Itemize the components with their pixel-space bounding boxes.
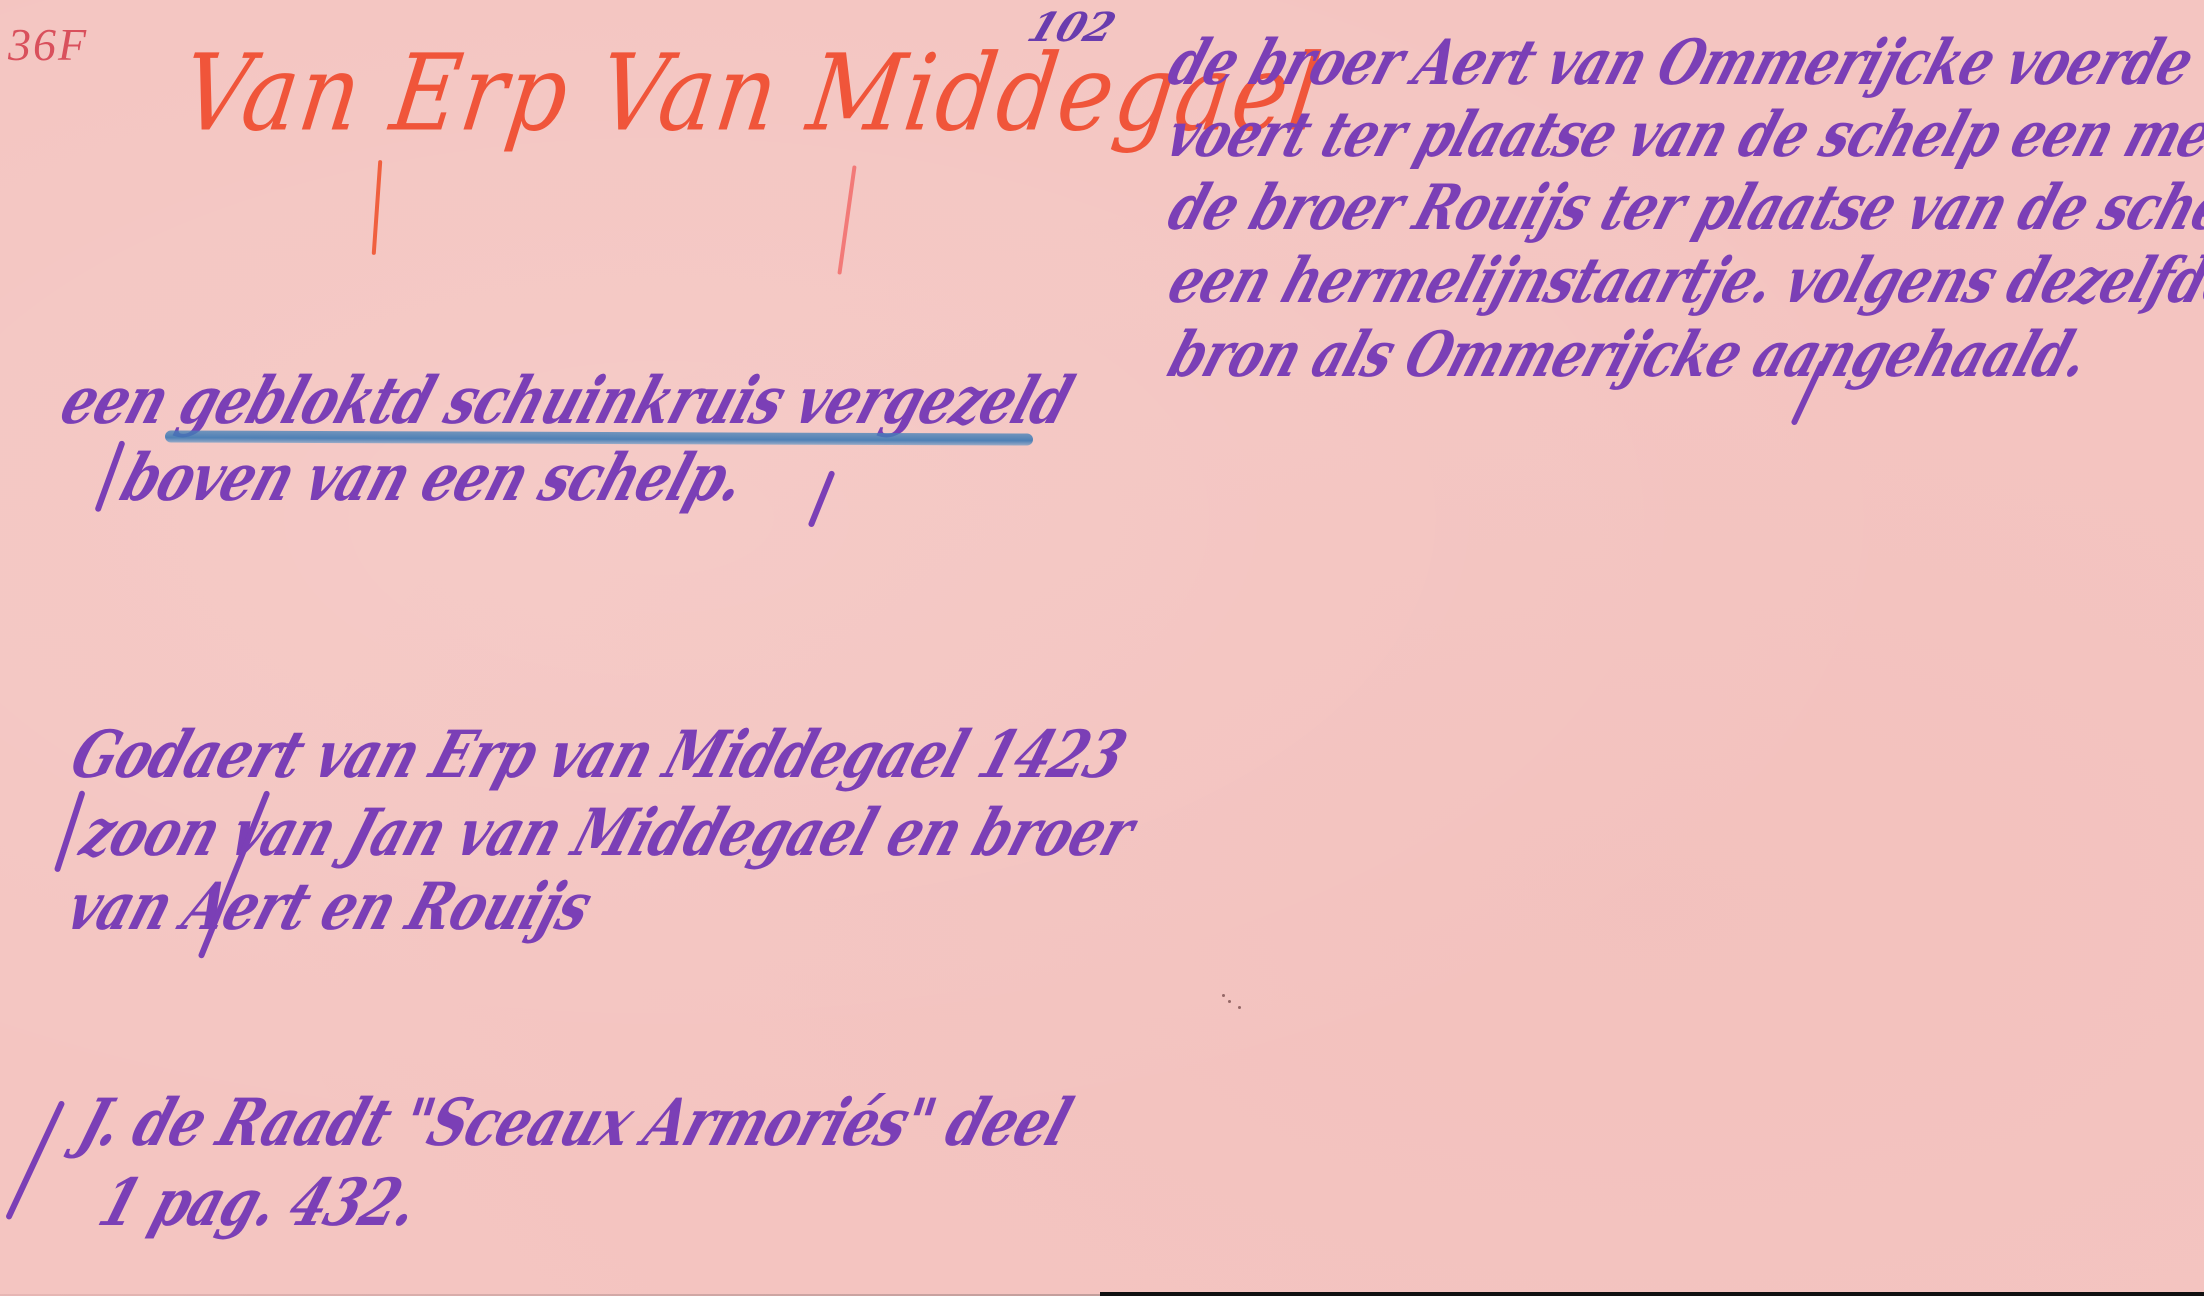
genealogy-line-2: zoon van Jan van Middegael en broer xyxy=(72,795,1142,871)
note-line-4: een hermelijnstaartje. volgens dezelfde xyxy=(1160,243,2204,317)
scan-edge-right xyxy=(1100,1292,2204,1296)
title-descender-stroke xyxy=(372,160,383,255)
note-line-3: de broer Rouijs ter plaatse van de schel… xyxy=(1160,170,2204,244)
blazon-bracket-stroke xyxy=(808,470,836,528)
source-line-2: 1 pag. 432. xyxy=(90,1165,427,1241)
dust-speck xyxy=(1238,1006,1241,1009)
index-card: 36F Van Erp Van Middegael 102 een geblok… xyxy=(0,0,2204,1296)
card-title: Van Erp Van Middegael xyxy=(175,32,1330,155)
note-line-1: de broer Aert van Ommerijcke voerde xyxy=(1160,25,2202,99)
genealogy-line-3: van Aert en Rouijs xyxy=(58,869,600,945)
title-descender-stroke xyxy=(837,165,856,274)
blazon-line-2: boven van een schelp. xyxy=(112,440,754,516)
note-line-5: bron als Ommerijcke aangehaald. xyxy=(1160,317,2098,391)
source-line-1: J. de Raadt "Sceaux Armoriés" deel xyxy=(70,1085,1080,1161)
blazon-line-1: een gebloktd schuinkruis vergezeld xyxy=(52,363,1081,439)
note-line-2: voert ter plaatse van de schelp een merl… xyxy=(1158,97,2204,171)
genealogy-line-1: Godaert van Erp van Middegael 1423 xyxy=(62,717,1134,793)
dust-speck xyxy=(1222,994,1225,997)
card-number: 102 xyxy=(1021,4,1122,51)
dust-speck xyxy=(1228,1000,1231,1003)
catalog-code: 36F xyxy=(8,18,88,71)
source-bracket-stroke xyxy=(5,1100,65,1220)
